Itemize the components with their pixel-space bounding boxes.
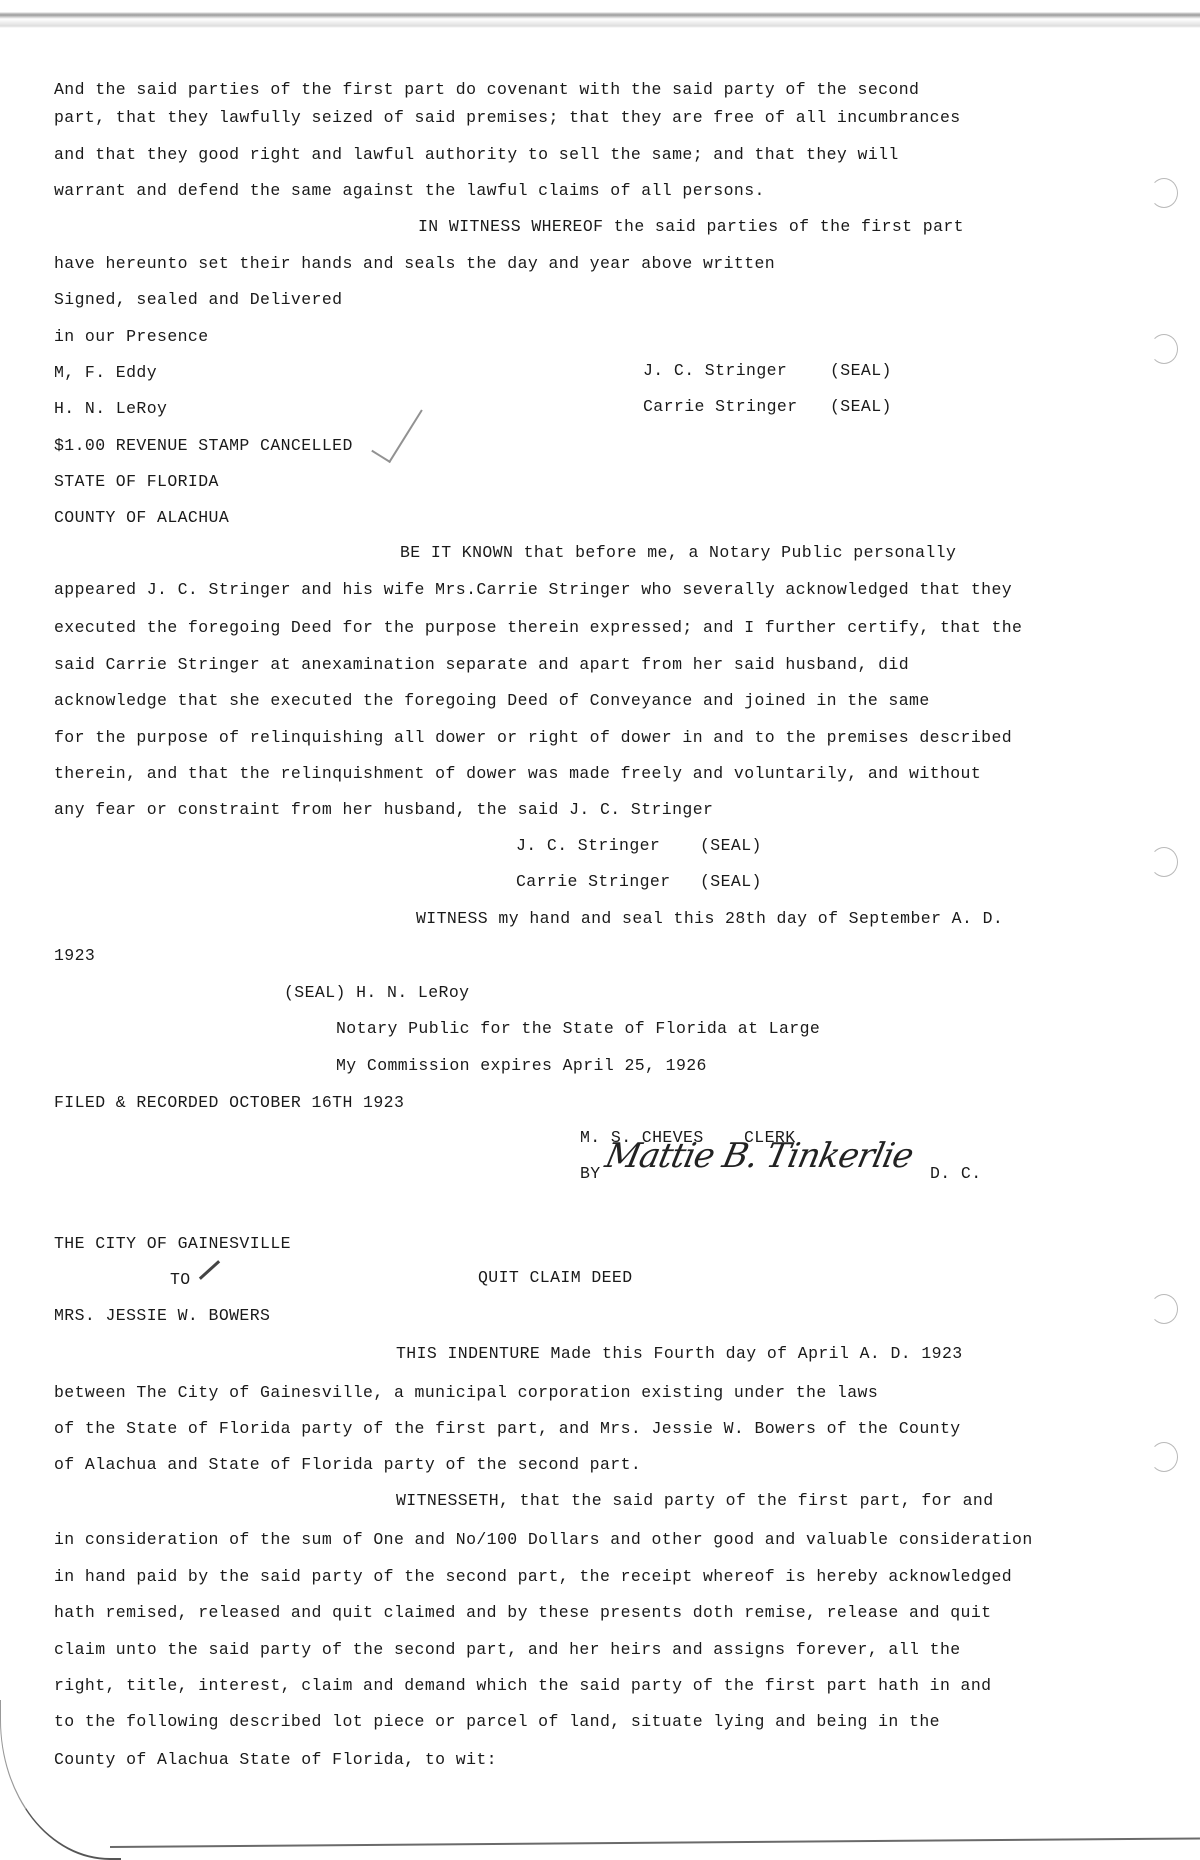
deputy-clerk-title: D. C. (930, 1164, 982, 1184)
witnesseth-line: claim unto the said party of the second … (54, 1640, 961, 1660)
indenture-line: between The City of Gainesville, a munic… (54, 1383, 878, 1403)
witnesseth-line: hath remised, released and quit claimed … (54, 1603, 991, 1623)
witness-name: H. N. LeRoy (54, 399, 167, 419)
witnesseth-line: WITNESSETH, that the said party of the f… (396, 1491, 994, 1511)
punch-hole-icon (1150, 847, 1178, 877)
pen-mark-icon (199, 1260, 220, 1280)
grantor-entity: THE CITY OF GAINESVILLE (54, 1234, 291, 1254)
seal-label: (SEAL) (700, 836, 762, 856)
ack-line: acknowledge that she executed the forego… (54, 691, 930, 711)
grantee-name: MRS. JESSIE W. BOWERS (54, 1306, 270, 1326)
notary-title: Notary Public for the State of Florida a… (336, 1019, 820, 1039)
grantor-name: Carrie Stringer (643, 397, 798, 417)
venue-state: STATE OF FLORIDA (54, 472, 219, 492)
seal-label: (SEAL) (700, 872, 762, 892)
checkmark-icon (371, 399, 423, 463)
ack-line: therein, and that the relinquishment of … (54, 764, 981, 784)
scan-artifact-top (0, 0, 1200, 30)
page-edge (0, 1700, 121, 1860)
punch-hole-icon (1150, 334, 1178, 364)
presence-label: in our Presence (54, 327, 209, 347)
indenture-line: of Alachua and State of Florida party of… (54, 1455, 641, 1475)
venue-county: COUNTY OF ALACHUA (54, 508, 229, 528)
page-edge (110, 1837, 1200, 1848)
ack-line: appeared J. C. Stringer and his wife Mrs… (54, 580, 1012, 600)
seal-label: (SEAL) (830, 361, 892, 381)
notary-year: 1923 (54, 946, 95, 966)
in-witness-line: have hereunto set their hands and seals … (54, 254, 775, 274)
witnesseth-line: to the following described lot piece or … (54, 1712, 940, 1732)
ack-line: said Carrie Stringer at anexamination se… (54, 655, 909, 675)
covenant-line: And the said parties of the first part d… (54, 80, 919, 100)
deed-title: QUIT CLAIM DEED (478, 1268, 633, 1288)
signed-sealed-label: Signed, sealed and Delivered (54, 290, 342, 310)
ack-line: BE IT KNOWN that before me, a Notary Pub… (400, 543, 956, 563)
indenture-line: of the State of Florida party of the fir… (54, 1419, 961, 1439)
punch-hole-icon (1150, 178, 1178, 208)
covenant-line: warrant and defend the same against the … (54, 181, 765, 201)
deputy-clerk-signature: Mattie B. Tinkerlie (602, 1136, 917, 1176)
by-label: BY (580, 1164, 601, 1184)
witness-name: M, F. Eddy (54, 363, 157, 383)
in-witness-line: IN WITNESS WHEREOF the said parties of t… (418, 217, 964, 237)
to-label: TO (170, 1270, 191, 1290)
punch-hole-icon (1150, 1442, 1178, 1472)
ack-line: any fear or constraint from her husband,… (54, 800, 713, 820)
witnesseth-line: right, title, interest, claim and demand… (54, 1676, 991, 1696)
ack-signer-name: J. C. Stringer (516, 836, 660, 856)
filed-recorded-date: FILED & RECORDED OCTOBER 16TH 1923 (54, 1093, 404, 1113)
covenant-line: and that they good right and lawful auth… (54, 145, 899, 165)
notary-witness-line: WITNESS my hand and seal this 28th day o… (416, 909, 1003, 929)
indenture-line: THIS INDENTURE Made this Fourth day of A… (396, 1344, 963, 1364)
ack-signer-name: Carrie Stringer (516, 872, 671, 892)
covenant-line: part, that they lawfully seized of said … (54, 108, 961, 128)
notary-name: (SEAL) H. N. LeRoy (284, 983, 469, 1003)
punch-hole-icon (1150, 1294, 1178, 1324)
seal-label: (SEAL) (830, 397, 892, 417)
ack-line: for the purpose of relinquishing all dow… (54, 728, 1012, 748)
grantor-name: J. C. Stringer (643, 361, 787, 381)
witnesseth-line: in consideration of the sum of One and N… (54, 1530, 1033, 1550)
notary-commission: My Commission expires April 25, 1926 (336, 1056, 707, 1076)
witnesseth-line: in hand paid by the said party of the se… (54, 1567, 1012, 1587)
revenue-stamp-note: $1.00 REVENUE STAMP CANCELLED (54, 436, 353, 456)
ack-line: executed the foregoing Deed for the purp… (54, 618, 1022, 638)
